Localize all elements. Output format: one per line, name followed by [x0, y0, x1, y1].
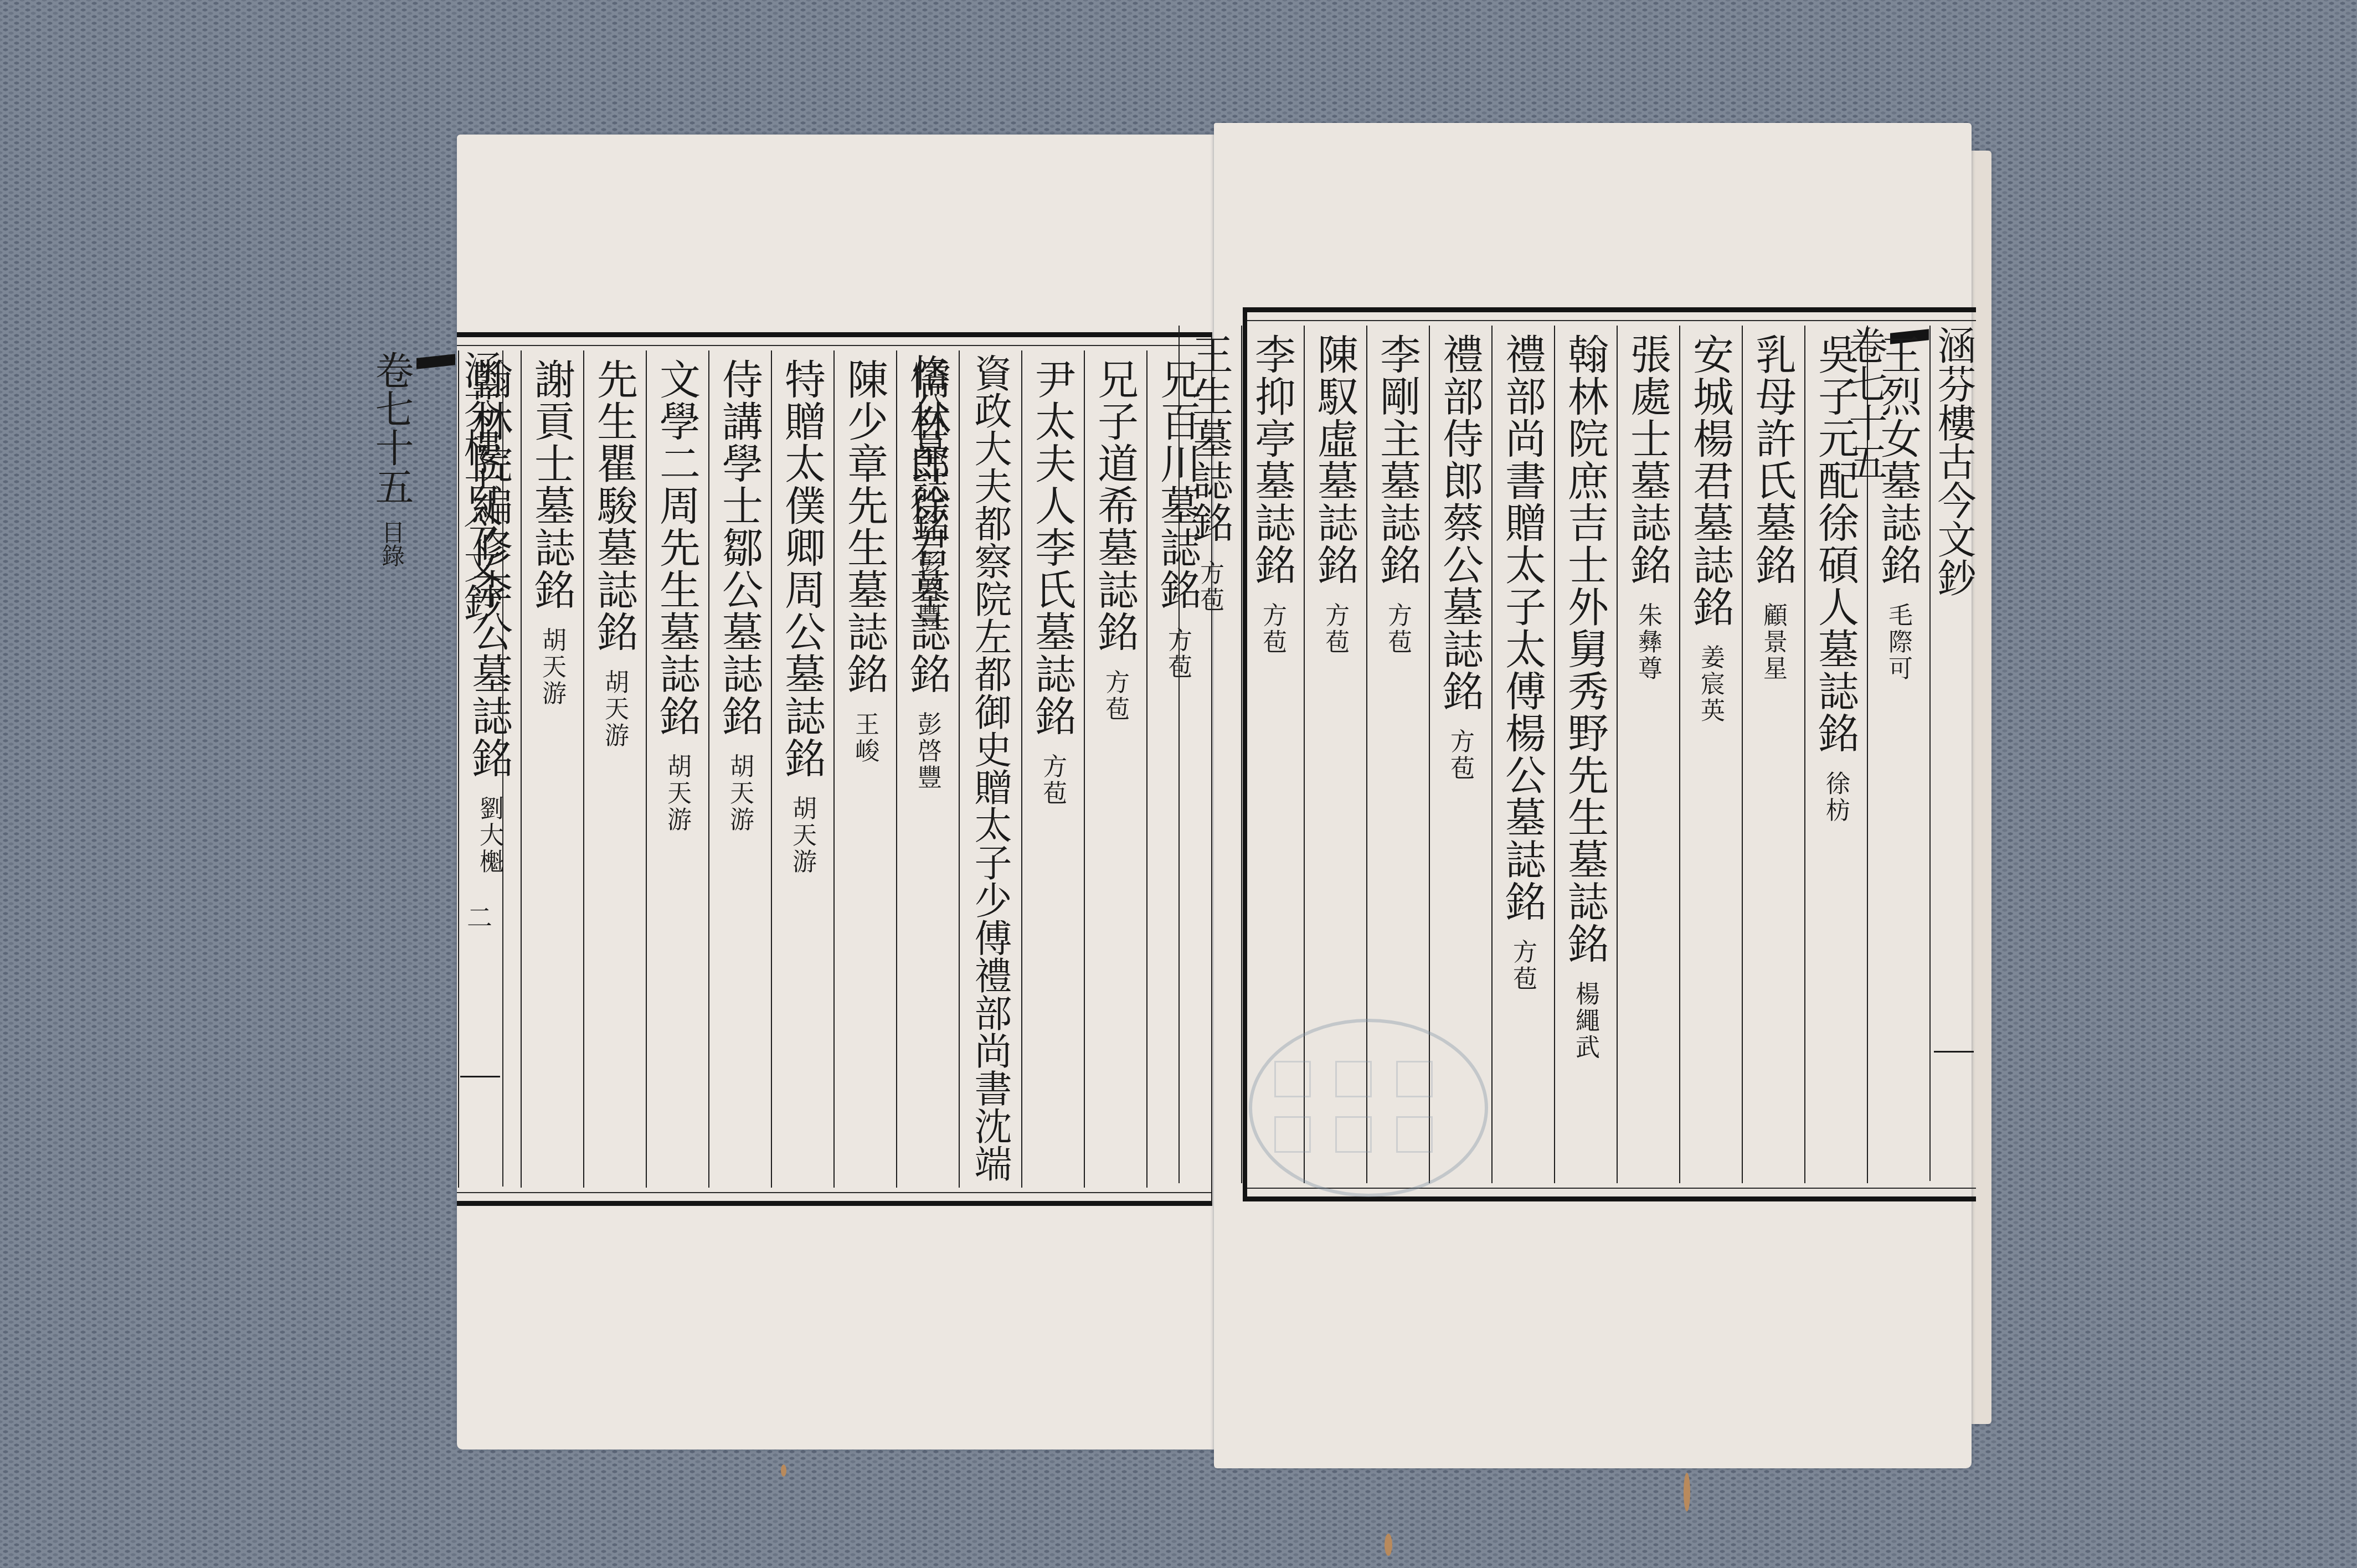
- entry-title: 翰林院編修李公墓誌銘: [465, 358, 513, 779]
- seal-glyph-icon: [1274, 1116, 1311, 1153]
- entry-title: 王烈女墓誌銘: [1874, 333, 1922, 586]
- right-page: 涵芬樓古今文鈔 卷七十五 王烈女墓誌銘毛際可 吳子元配徐碩人墓誌銘徐枋 乳母許氏…: [1214, 123, 1972, 1468]
- entry-title: 儒林郎徐君墓誌銘: [903, 358, 951, 695]
- seal-glyph-icon: [1274, 1061, 1311, 1097]
- entry-author: 劉大櫆: [475, 796, 503, 875]
- entry-title: 先生瞿駿墓誌銘: [590, 358, 638, 653]
- entry-title: 禮部侍郎蔡公墓誌銘: [1436, 333, 1484, 712]
- entry-title: 文學二周先生墓誌銘: [653, 358, 701, 737]
- entry-title: 王生墓誌銘: [1186, 333, 1233, 544]
- entry-author: 方苞: [1446, 729, 1474, 782]
- entry-author: 彭啓豐: [913, 711, 941, 791]
- left-printed-frame: 涵芬樓古今文鈔 卷七十五 目錄 二 兄百川墓誌銘方苞 兄子道希墓誌銘方苞 尹太夫…: [457, 332, 1212, 1206]
- toc-entry[interactable]: 張處士墓誌銘朱彝尊: [1617, 326, 1679, 1183]
- entry-title: 禮部尚書贈太子太傅楊公墓誌銘: [1499, 333, 1546, 922]
- entry-title: 李剛主墓誌銘: [1373, 333, 1421, 586]
- entry-author: 徐枋: [1821, 771, 1850, 824]
- entry-author: 胡天游: [600, 669, 629, 749]
- entry-author: 毛際可: [1884, 602, 1912, 682]
- entry-author: 朱彝尊: [1634, 602, 1662, 682]
- leaf-debris: [1385, 1534, 1392, 1556]
- entry-author: 方苞: [1038, 754, 1067, 807]
- entry-author: 方苞: [1101, 669, 1129, 723]
- entry-title: 李抑亭墓誌銘: [1248, 333, 1296, 586]
- entry-title: 陳少章先生墓誌銘: [841, 358, 888, 695]
- toc-entry[interactable]: 資政大夫都察院左都御史贈太子少傅禮部尚書沈端恪公墓誌銘彭啓豐: [959, 350, 1021, 1188]
- entry-title: 侍講學士鄒公墓誌銘: [716, 358, 763, 737]
- right-page-banxin: 涵芬樓古今文鈔 卷七十五: [1929, 326, 1976, 1181]
- entry-author: 楊繩武: [1571, 981, 1599, 1061]
- toc-entry[interactable]: 特贈太僕卿周公墓誌銘胡天游: [771, 350, 833, 1188]
- entry-author: 姜宸英: [1696, 644, 1725, 724]
- toc-entry[interactable]: 謝貢士墓誌銘胡天游: [521, 350, 583, 1188]
- toc-entry[interactable]: 禮部尚書贈太子太傅楊公墓誌銘方苞: [1491, 326, 1554, 1183]
- toc-entry[interactable]: 儒林郎徐君墓誌銘彭啓豐: [896, 350, 959, 1188]
- banxin-rule: [1934, 1051, 1974, 1053]
- entry-title: 張處士墓誌銘: [1624, 333, 1671, 586]
- banxin-book-title: 涵芬樓古今文鈔: [1932, 326, 1976, 1181]
- entry-author: 胡天游: [725, 754, 754, 833]
- seal-glyph-icon: [1396, 1061, 1433, 1097]
- toc-entry[interactable]: 吳子元配徐碩人墓誌銘徐枋: [1804, 326, 1867, 1183]
- entry-author: 方苞: [1258, 602, 1286, 656]
- toc-entry[interactable]: 翰林院編修李公墓誌銘劉大櫆: [458, 350, 521, 1188]
- toc-entry[interactable]: 乳母許氏墓銘顧景星: [1742, 326, 1804, 1183]
- leaf-debris: [781, 1464, 786, 1477]
- entry-title: 乳母許氏墓銘: [1749, 333, 1797, 586]
- left-entries-list: 兄百川墓誌銘方苞 兄子道希墓誌銘方苞 尹太夫人李氏墓誌銘方苞 資政大夫都察院左都…: [503, 350, 1209, 1188]
- entry-author: 胡天游: [663, 754, 691, 833]
- toc-entry[interactable]: 尹太夫人李氏墓誌銘方苞: [1021, 350, 1084, 1188]
- banxin-volume: 卷七十五: [369, 350, 414, 506]
- toc-entry[interactable]: 侍講學士鄒公墓誌銘胡天游: [708, 350, 771, 1188]
- entry-title: 吳子元配徐碩人墓誌銘: [1812, 333, 1859, 754]
- toc-entry[interactable]: 文學二周先生墓誌銘胡天游: [646, 350, 708, 1188]
- entry-author: 方苞: [1383, 602, 1412, 656]
- entry-author: 王峻: [851, 711, 879, 765]
- toc-entry[interactable]: 陳少章先生墓誌銘王峻: [833, 350, 896, 1188]
- toc-entry[interactable]: 翰林院庶吉士外舅秀野先生墓誌銘楊繩武: [1554, 326, 1617, 1183]
- entry-author: 方苞: [1321, 602, 1349, 656]
- left-page: 涵芬樓古今文鈔 卷七十五 目錄 二 兄百川墓誌銘方苞 兄子道希墓誌銘方苞 尹太夫…: [457, 135, 1214, 1450]
- entry-author: 胡天游: [538, 627, 566, 707]
- banxin-section: 目錄: [378, 520, 405, 567]
- seal-glyph-icon: [1396, 1116, 1433, 1153]
- entry-title: 翰林院庶吉士外舅秀野先生墓誌銘: [1561, 333, 1609, 964]
- entry-author: 胡天游: [788, 796, 816, 875]
- entry-title: 兄子道希墓誌銘: [1091, 358, 1139, 653]
- toc-entry[interactable]: 安城楊君墓誌銘姜宸英: [1679, 326, 1742, 1183]
- seal-glyph-icon: [1335, 1061, 1372, 1097]
- entry-author: 方苞: [1509, 939, 1537, 992]
- entry-title: 特贈太僕卿周公墓誌銘: [778, 358, 826, 779]
- toc-entry[interactable]: 王生墓誌銘方苞: [1179, 326, 1241, 1183]
- toc-entry[interactable]: 兄子道希墓誌銘方苞: [1084, 350, 1146, 1188]
- entry-author: 顧景星: [1759, 602, 1787, 682]
- leaf-debris: [1684, 1473, 1690, 1512]
- toc-entry[interactable]: 王烈女墓誌銘毛際可: [1867, 326, 1929, 1183]
- toc-entry[interactable]: 先生瞿駿墓誌銘胡天游: [583, 350, 646, 1188]
- collector-seal-stamp: [1249, 1019, 1488, 1197]
- entry-author: 方苞: [1196, 560, 1224, 613]
- entry-title: 尹太夫人李氏墓誌銘: [1028, 358, 1076, 737]
- entry-title: 陳馭虛墓誌銘: [1311, 333, 1358, 586]
- fishtail-mark-icon: [416, 354, 455, 369]
- entry-title: 安城楊君墓誌銘: [1686, 333, 1734, 628]
- seal-glyph-icon: [1335, 1116, 1372, 1153]
- entry-title: 謝貢士墓誌銘: [528, 358, 575, 611]
